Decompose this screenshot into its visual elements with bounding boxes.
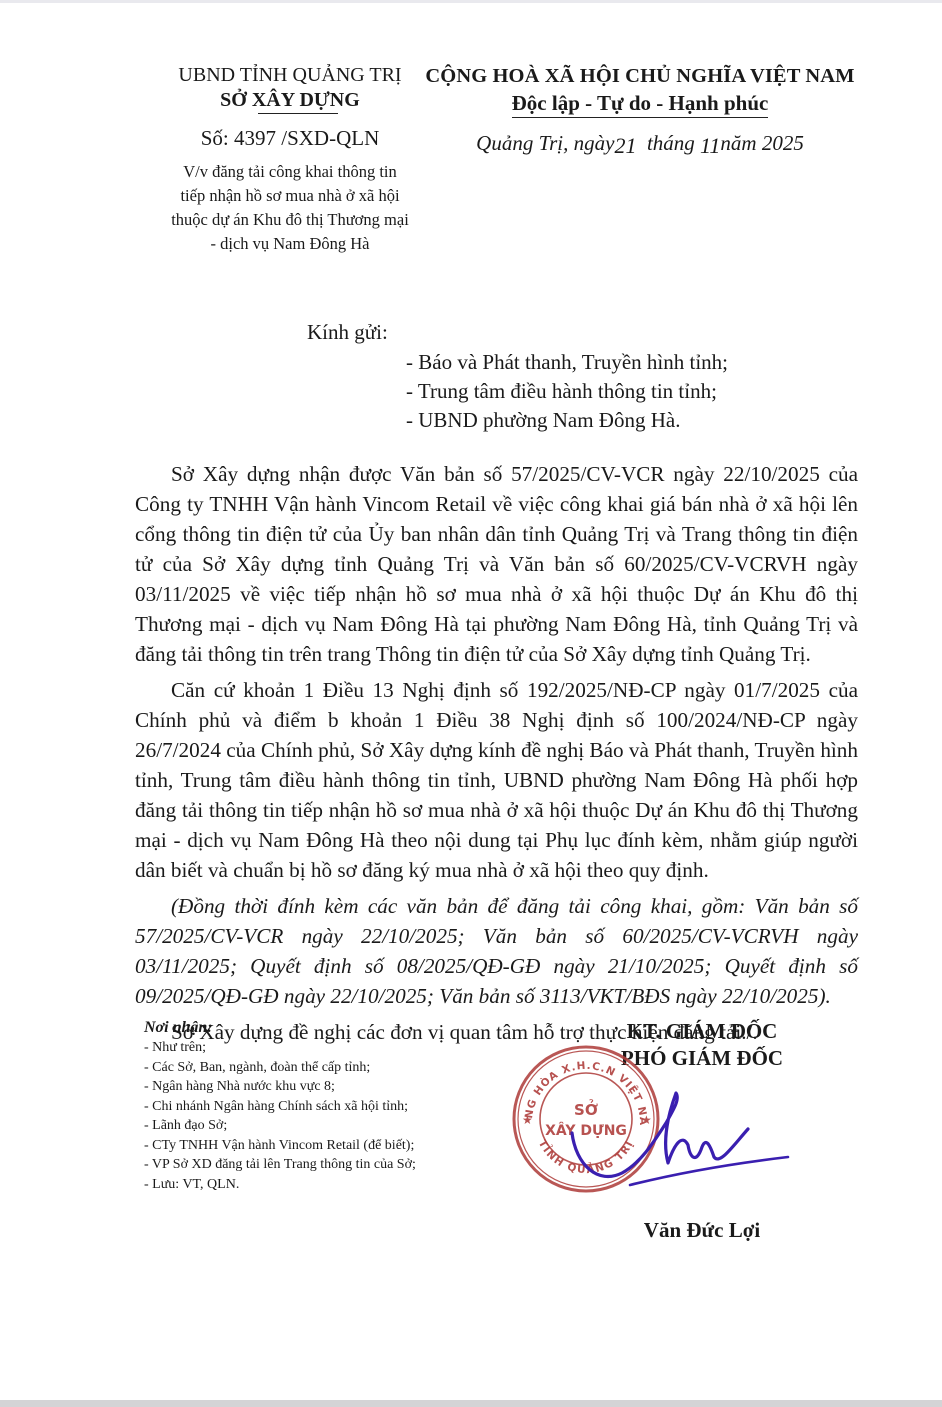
recipients-label: Kính gửi: xyxy=(307,318,728,346)
date-month: 11 xyxy=(700,133,720,158)
handwritten-signature-icon xyxy=(570,1085,790,1205)
body-paragraph: Sở Xây dựng nhận được Văn bản số 57/2025… xyxy=(135,459,858,669)
letter-body: Sở Xây dựng nhận được Văn bản số 57/2025… xyxy=(135,459,858,1053)
national-header: CỘNG HOÀ XÃ HỘI CHỦ NGHĨA VIỆT NAM Độc l… xyxy=(420,62,860,158)
document-subject: V/v đăng tải công khai thông tin tiếp nh… xyxy=(140,160,440,256)
distribution-title: Nơi nhận: xyxy=(144,1018,504,1038)
distribution-item: - Ngân hàng Nhà nước khu vực 8; xyxy=(144,1077,504,1097)
bottom-band xyxy=(0,1400,942,1407)
nation-title: CỘNG HOÀ XÃ HỘI CHỦ NGHĨA VIỆT NAM xyxy=(420,62,860,90)
recipients-block: Kính gửi: - Báo và Phát thanh, Truyền hì… xyxy=(307,318,728,435)
distribution-item: - Lãnh đạo Sở; xyxy=(144,1116,504,1136)
recipient-item: - Trung tâm điều hành thông tin tỉnh; xyxy=(406,377,728,406)
distribution-item: - CTy TNHH Vận hành Vincom Retail (để bi… xyxy=(144,1136,504,1156)
recipients-list: - Báo và Phát thanh, Truyền hình tỉnh; -… xyxy=(406,348,728,435)
distribution-item: - Các Sở, Ban, ngành, đoàn thể cấp tỉnh; xyxy=(144,1058,504,1078)
department-underline xyxy=(258,113,338,114)
national-motto: Độc lập - Tự do - Hạnh phúc xyxy=(512,90,769,118)
issuer-authority: UBND TỈNH QUẢNG TRỊ xyxy=(140,62,440,88)
svg-text:★: ★ xyxy=(522,1113,533,1127)
date-day: 21 xyxy=(614,133,636,158)
distribution-item: - Lưu: VT, QLN. xyxy=(144,1175,504,1195)
body-paragraph: Căn cứ khoản 1 Điều 13 Nghị định số 192/… xyxy=(135,675,858,885)
document-date: Quảng Trị, ngày21 tháng 11năm 2025 xyxy=(420,128,860,158)
issuer-block: UBND TỈNH QUẢNG TRỊ SỞ XÂY DỰNG Số: 4397… xyxy=(140,62,440,256)
recipient-item: - Báo và Phát thanh, Truyền hình tỉnh; xyxy=(406,348,728,377)
document-number: Số: 4397 /SXD-QLN xyxy=(140,124,440,152)
issuer-department: SỞ XÂY DỰNG xyxy=(140,88,440,112)
signer-name: Văn Đức Lợi xyxy=(572,1218,832,1243)
distribution-item: - Chi nhánh Ngân hàng Chính sách xã hội … xyxy=(144,1097,504,1117)
recipient-item: - UBND phường Nam Đông Hà. xyxy=(406,406,728,435)
top-strip xyxy=(0,0,942,3)
distribution-item: - Như trên; xyxy=(144,1038,504,1058)
distribution-item: - VP Sở XD đăng tải lên Trang thông tin … xyxy=(144,1155,504,1175)
attachments-note: (Đồng thời đính kèm các văn bản để đăng … xyxy=(135,891,858,1011)
signer-title-1: KT. GIÁM ĐỐC xyxy=(572,1018,832,1045)
document-number-value: 4397 xyxy=(234,126,276,150)
distribution-list: Nơi nhận: - Như trên; - Các Sở, Ban, ngà… xyxy=(144,1018,504,1194)
